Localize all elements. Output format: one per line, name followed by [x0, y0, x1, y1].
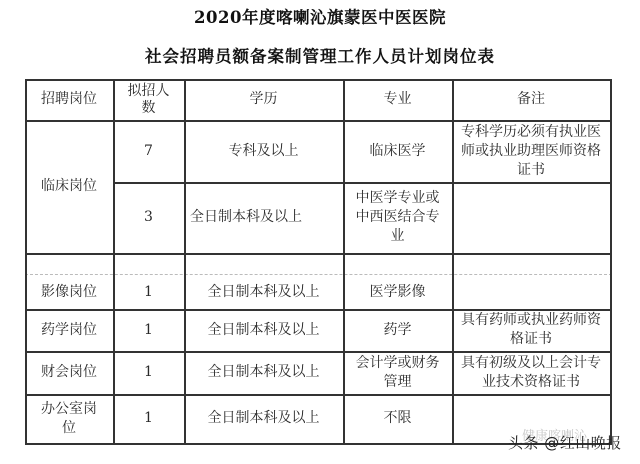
count-cell: 1 — [113, 309, 184, 351]
education-cell: 专科及以上 — [184, 120, 343, 182]
major-cell: 临床医学 — [343, 120, 452, 182]
major-cell: 不限 — [343, 394, 452, 443]
header-count: 拟招人 数 — [113, 79, 184, 120]
header-position: 招聘岗位 — [25, 79, 113, 120]
major-cell: 医学影像 — [343, 275, 452, 309]
remarks-cell: 专科学历必须有执业医师或执业助理医师资格证书 — [452, 120, 610, 182]
count-cell: 1 — [113, 394, 184, 443]
position-clinical: 临床岗位 — [25, 120, 113, 253]
count-cell: 1 — [113, 275, 184, 309]
education-cell: 全日制本科及以上 — [184, 394, 343, 443]
remarks-cell: 具有药师或执业药师资格证书 — [452, 309, 610, 351]
header-remarks: 备注 — [452, 79, 610, 120]
header-count-line2: 数 — [142, 100, 156, 117]
count-cell: 7 — [113, 120, 184, 182]
major-cell: 药学 — [343, 309, 452, 351]
position-cell: 财会岗位 — [25, 351, 113, 394]
table-border-right — [610, 79, 612, 444]
header-education: 学历 — [184, 79, 343, 120]
source-watermark: 头条 @红山晚报 — [508, 432, 622, 453]
position-cell: 药学岗位 — [25, 309, 113, 351]
major-cell: 中医学专业或中西医结合专业 — [343, 182, 452, 253]
remarks-cell — [452, 182, 610, 253]
education-cell: 全日制本科及以上 — [184, 275, 343, 309]
header-major: 专业 — [343, 79, 452, 120]
remarks-cell — [452, 275, 610, 309]
count-cell: 1 — [113, 351, 184, 394]
education-cell: 全日制本科及以上 — [184, 182, 343, 253]
education-cell: 全日制本科及以上 — [184, 351, 343, 394]
document-title: 2020年度喀喇沁旗蒙医中医医院 — [0, 4, 640, 28]
position-cell: 办公室岗位 — [25, 394, 113, 443]
education-cell: 全日制本科及以上 — [184, 309, 343, 351]
recruitment-table: 招聘岗位 拟招人 数 学历 专业 备注 临床岗位 7 专科及以上 临床医学 专科… — [25, 79, 611, 444]
remarks-cell: 具有初级及以上会计专业技术资格证书 — [452, 351, 610, 394]
position-cell: 影像岗位 — [25, 275, 113, 309]
count-cell: 3 — [113, 182, 184, 253]
header-count-line1: 拟招人 — [128, 83, 170, 100]
major-cell: 会计学或财务管理 — [343, 351, 452, 394]
document-subtitle: 社会招聘员额备案制管理工作人员计划岗位表 — [0, 43, 640, 67]
